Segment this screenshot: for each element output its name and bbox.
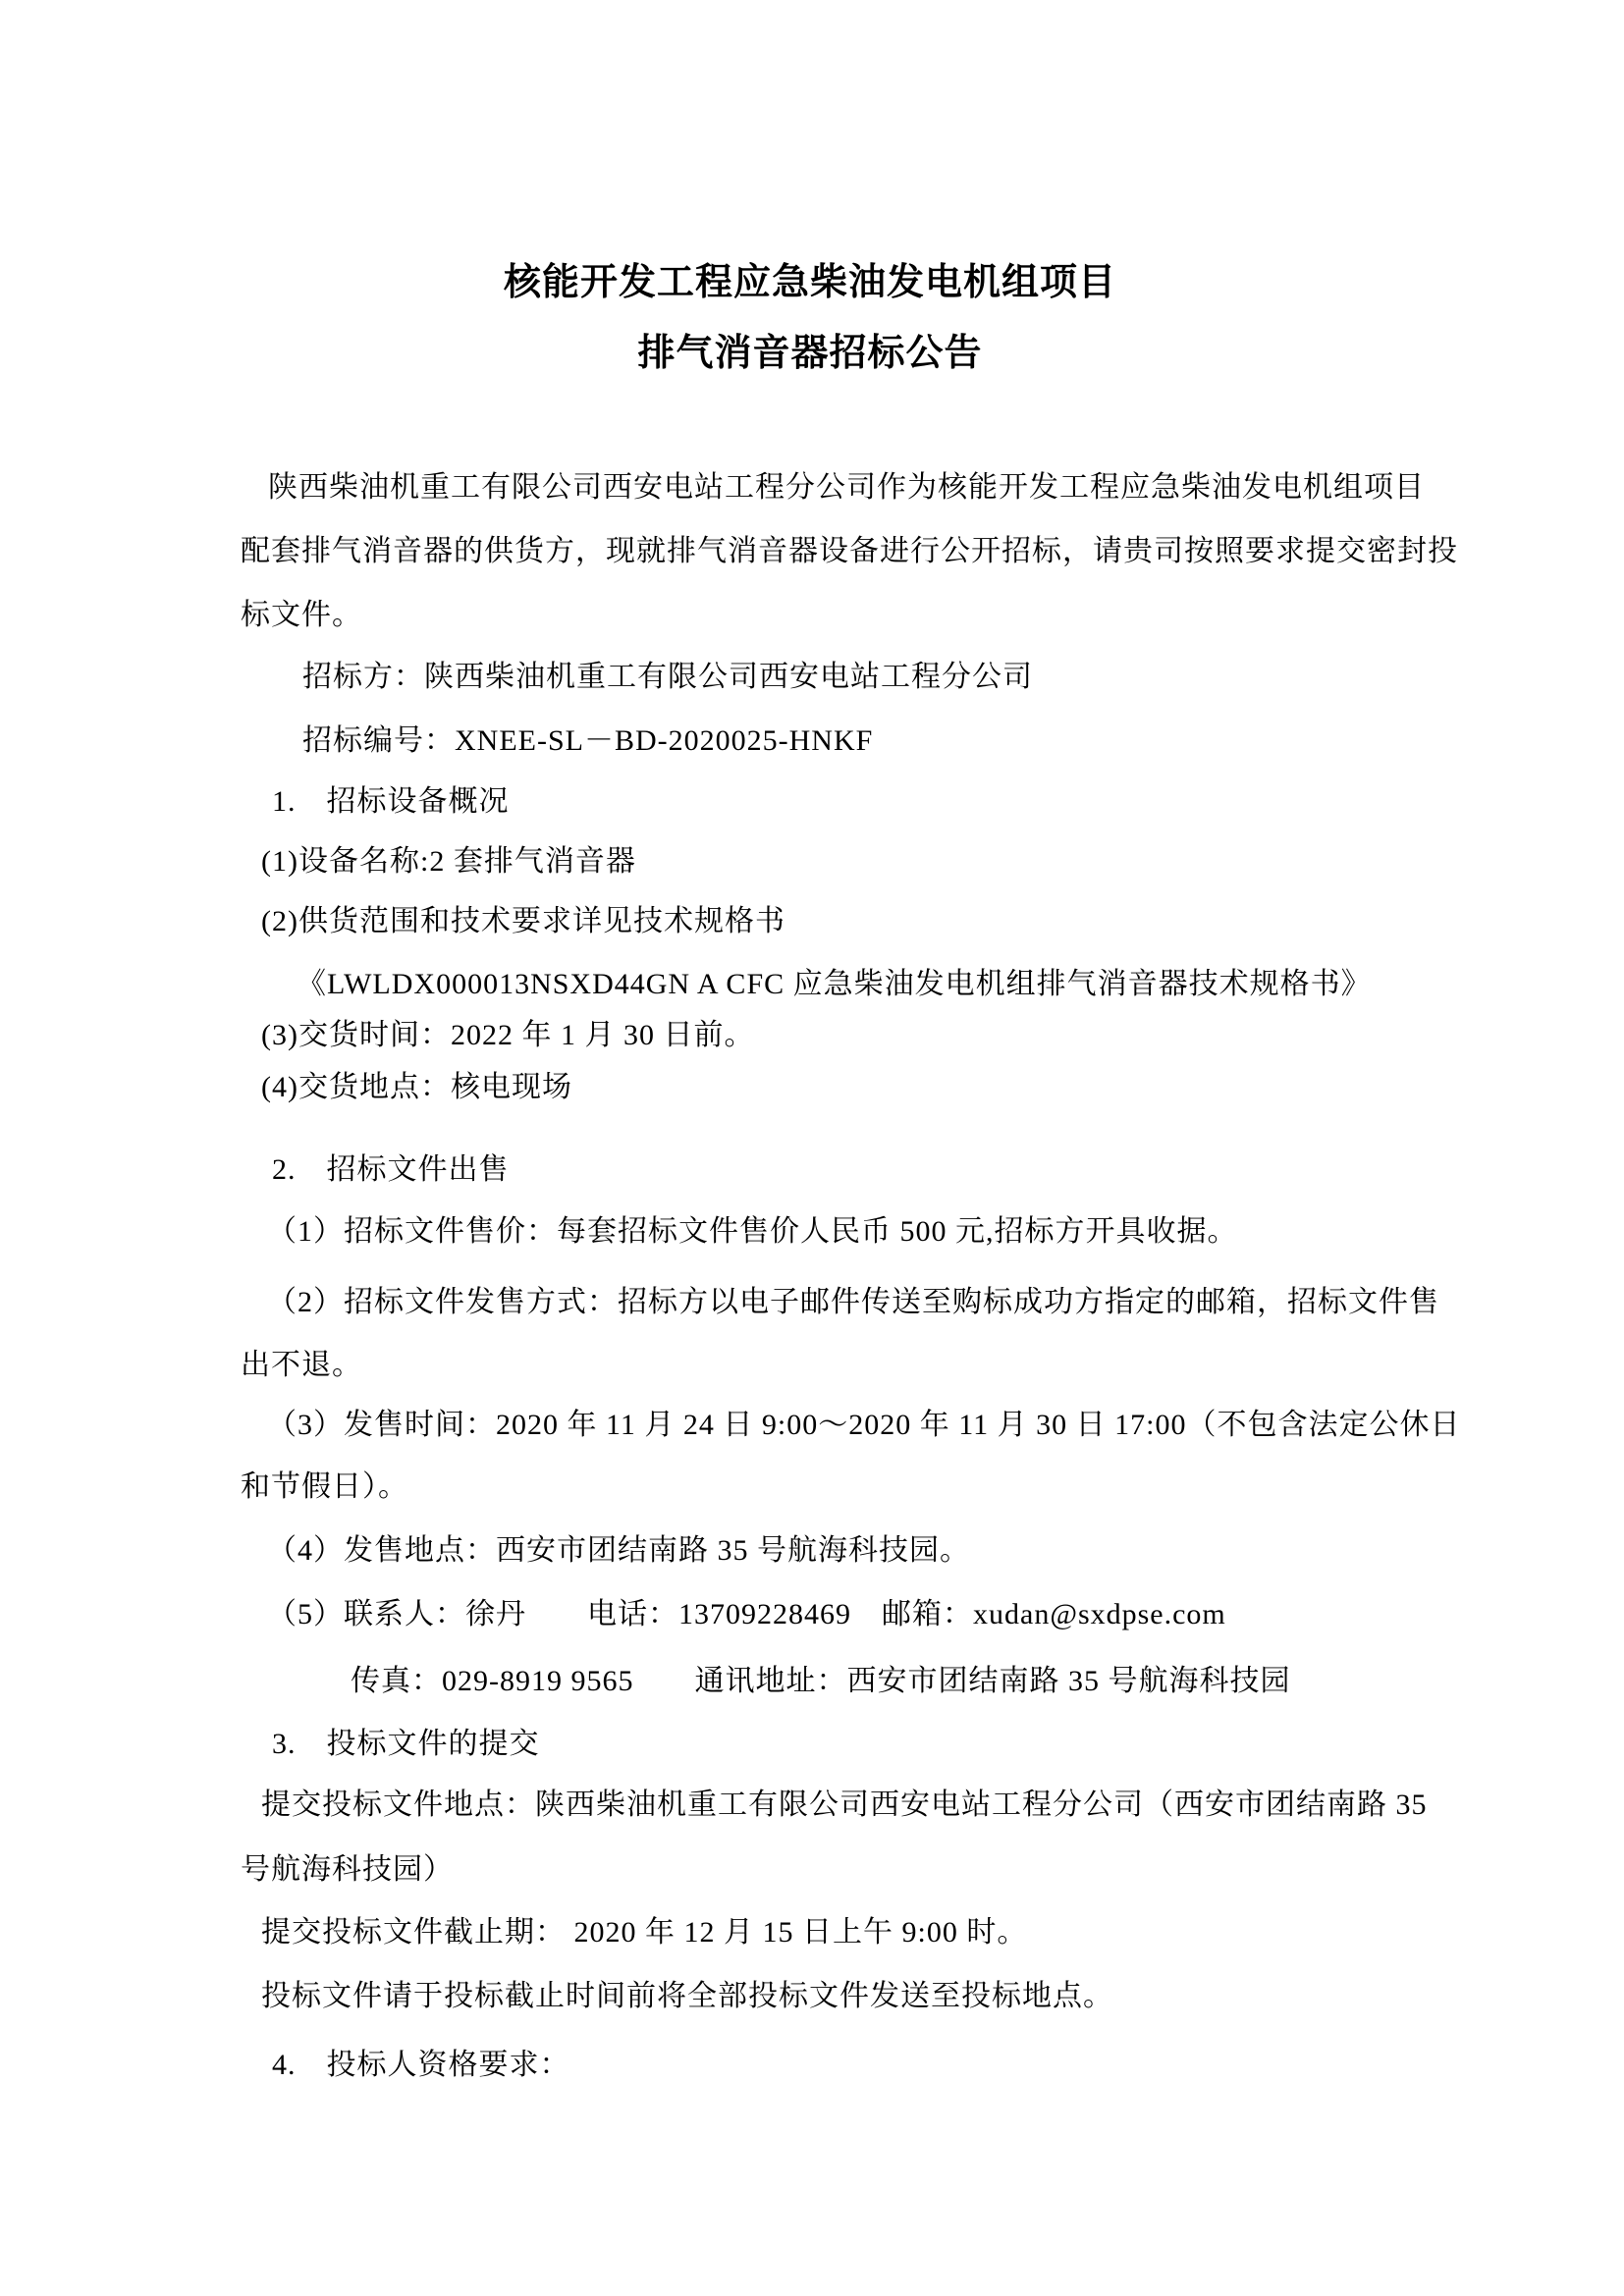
section-2-item-2-line-1: （2）招标文件发售方式：招标方以电子邮件传送至购标成功方指定的邮箱，招标文件售	[267, 1284, 1439, 1321]
section-2-item-3-line-2: 和节假日）。	[241, 1468, 408, 1506]
section-1-heading: 1. 招标设备概况	[272, 783, 510, 821]
section-2-item-3-line-1: （3）发售时间：2020 年 11 月 24 日 9:00～2020 年 11 …	[267, 1407, 1460, 1444]
section-1-item-4: (4)交货地点：核电现场	[261, 1069, 572, 1106]
section-3-line-1: 提交投标文件地点：陕西柴油机重工有限公司西安电站工程分公司（西安市团结南路 35	[261, 1787, 1428, 1824]
section-1-item-1: (1)设备名称:2 套排气消音器	[261, 843, 636, 881]
section-1-item-2: (2)供货范围和技术要求详见技术规格书	[261, 903, 785, 940]
document-page: 核能开发工程应急柴油发电机组项目 排气消音器招标公告 陕西柴油机重工有限公司西安…	[0, 0, 1624, 2296]
section-1-item-3: (3)交货时间：2022 年 1 月 30 日前。	[261, 1017, 754, 1054]
section-4-heading: 4. 投标人资格要求：	[272, 2047, 570, 2084]
section-3-heading: 3. 投标文件的提交	[272, 1726, 540, 1763]
doc-title-line-1: 核能开发工程应急柴油发电机组项目	[241, 261, 1380, 304]
section-3-line-3: 提交投标文件截止期： 2020 年 12 月 15 日上午 9:00 时。	[261, 1914, 1027, 1951]
tender-number-line: 招标编号：XNEE-SL－BD-2020025-HNKF	[302, 722, 873, 760]
tender-party-line: 招标方：陕西柴油机重工有限公司西安电站工程分公司	[302, 659, 1033, 696]
intro-paragraph-line-3: 标文件。	[241, 597, 362, 634]
section-2-item-4: （4）发售地点：西安市团结南路 35 号航海科技园。	[267, 1532, 970, 1570]
section-3-line-4: 投标文件请于投标截止时间前将全部投标文件发送至投标地点。	[261, 1978, 1113, 2015]
doc-title-line-2: 排气消音器招标公告	[241, 332, 1380, 375]
section-2-item-5-line-1: （5）联系人：徐丹 电话：13709228469 邮箱：xudan@sxdpse…	[267, 1596, 1226, 1633]
intro-paragraph-line-1: 陕西柴油机重工有限公司西安电站工程分公司作为核能开发工程应急柴油发电机组项目	[268, 469, 1425, 507]
section-2-item-2-line-2: 出不退。	[241, 1347, 362, 1384]
spec-reference-line: 《LWLDX000013NSXD44GN A CFC 应急柴油发电机组排气消音器…	[297, 966, 1372, 1003]
section-3-line-2: 号航海科技园）	[241, 1851, 454, 1889]
intro-paragraph-line-2: 配套排气消音器的供货方，现就排气消音器设备进行公开招标，请贵司按照要求提交密封投	[241, 533, 1458, 570]
section-2-item-1: （1）招标文件售价：每套招标文件售价人民币 500 元,招标方开具收据。	[267, 1213, 1238, 1251]
section-2-item-5-line-2: 传真：029-8919 9565 通讯地址：西安市团结南路 35 号航海科技园	[351, 1663, 1291, 1700]
section-2-heading: 2. 招标文件出售	[272, 1151, 510, 1189]
